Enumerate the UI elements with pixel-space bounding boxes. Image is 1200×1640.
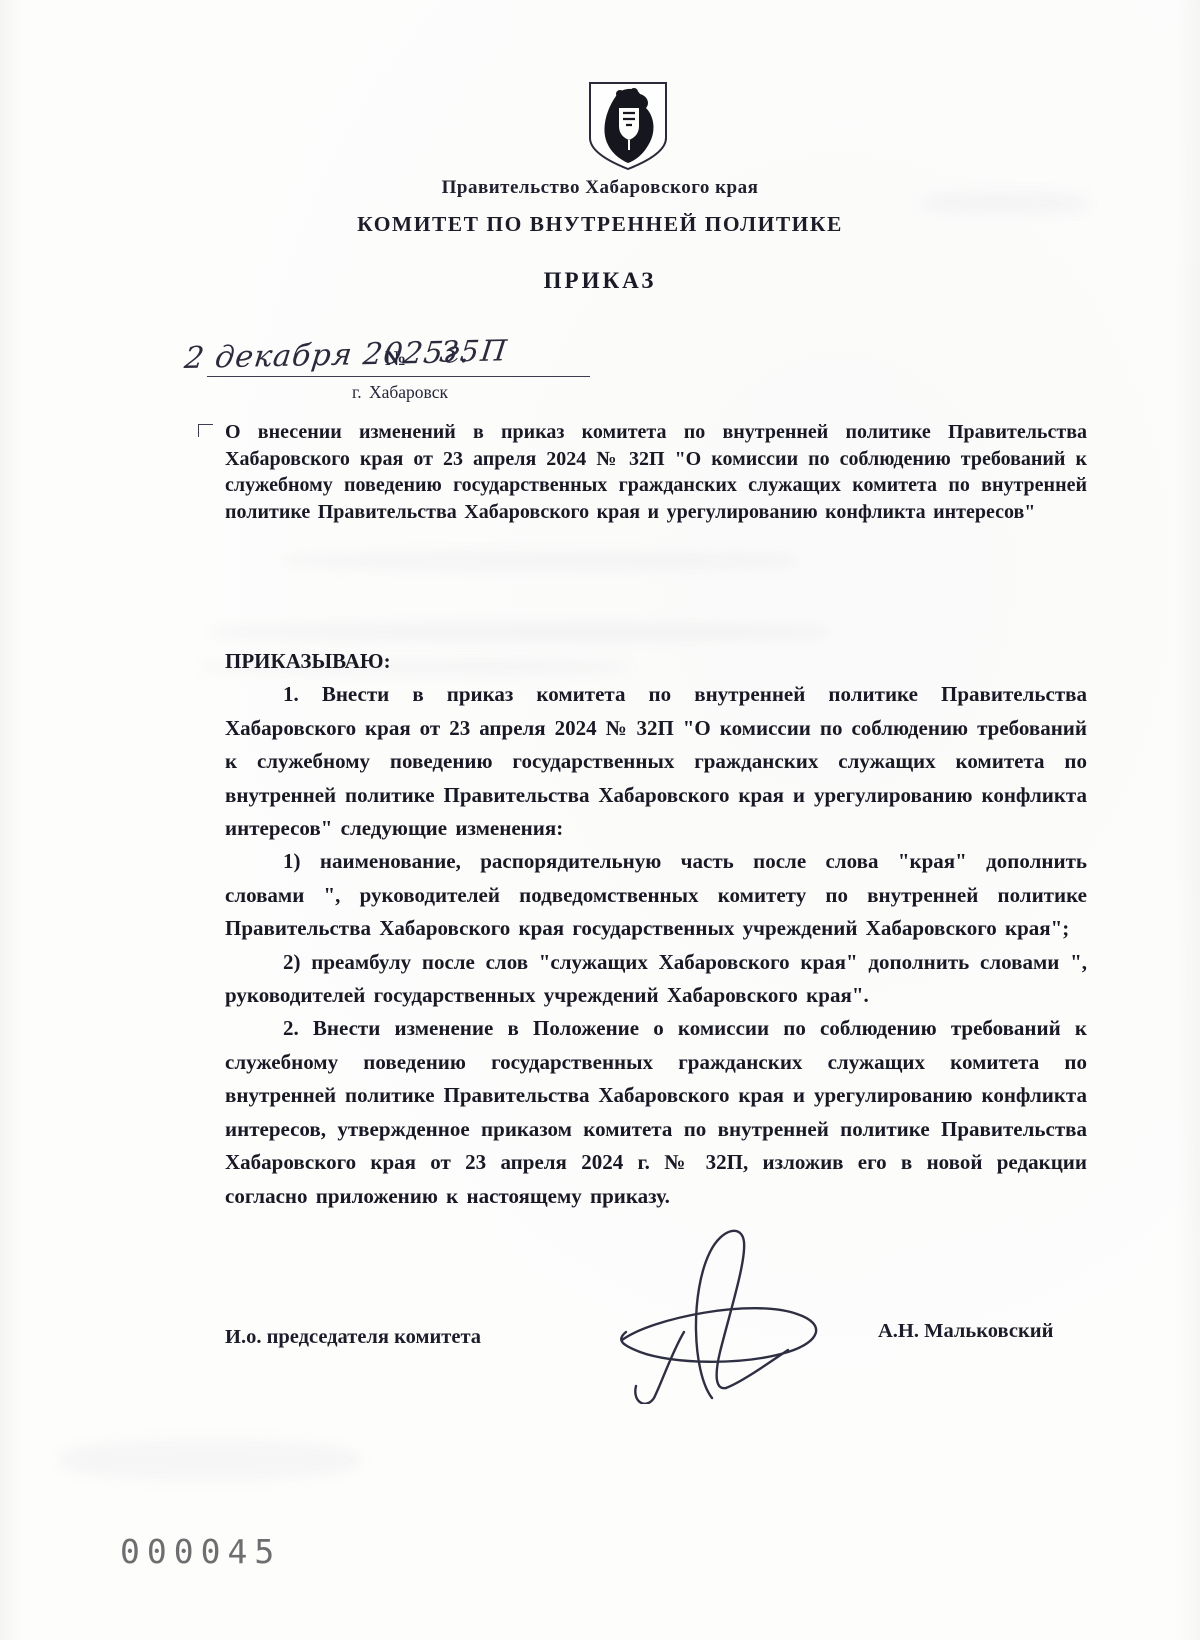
body-paragraph-2: 1) наименование, распорядительную часть … (225, 845, 1087, 945)
body-paragraph-1: 1. Внести в приказ комитета по внутренне… (225, 678, 1087, 845)
signer-position-label: И.о. председателя комитета (225, 1326, 481, 1349)
date-number-line: 2 декабря 2025г. № 35П (185, 336, 605, 380)
command-word: ПРИКАЗЫВАЮ: (225, 645, 1087, 678)
body-paragraph-4: 2. Внести изменение в Положение о комисс… (225, 1012, 1087, 1212)
subject-text: О внесении изменений в приказ комитета п… (225, 419, 1087, 525)
signer-name: А.Н. Мальковский (878, 1320, 1053, 1343)
subject-block: О внесении изменений в приказ комитета п… (225, 419, 1087, 525)
page-stamp-number: 000045 (120, 1532, 281, 1571)
coat-of-arms-icon (586, 80, 670, 172)
scan-smudge (210, 622, 830, 642)
handwritten-order-number: 35П (438, 333, 510, 368)
order-body: ПРИКАЗЫВАЮ: 1. Внести в приказ комитета … (225, 645, 1087, 1213)
doc-type-title: ПРИКАЗ (0, 268, 1200, 294)
date-underline (207, 376, 590, 377)
handwritten-date: 2 декабря 2025г. (183, 335, 473, 376)
scan-smudge (60, 1440, 360, 1480)
city-label: г. Хабаровск (230, 382, 570, 403)
scan-smudge (280, 552, 800, 570)
body-paragraph-3: 2) преамбулу после слов "служащих Хабаро… (225, 946, 1087, 1013)
document-page: Правительство Хабаровского края КОМИТЕТ … (0, 0, 1200, 1640)
org-name-line1: Правительство Хабаровского края (0, 177, 1200, 199)
numero-sign: № (385, 346, 406, 371)
corner-mark (198, 424, 213, 437)
signature-icon (592, 1222, 860, 1404)
org-name-line2: КОМИТЕТ ПО ВНУТРЕННЕЙ ПОЛИТИКЕ (0, 212, 1200, 237)
